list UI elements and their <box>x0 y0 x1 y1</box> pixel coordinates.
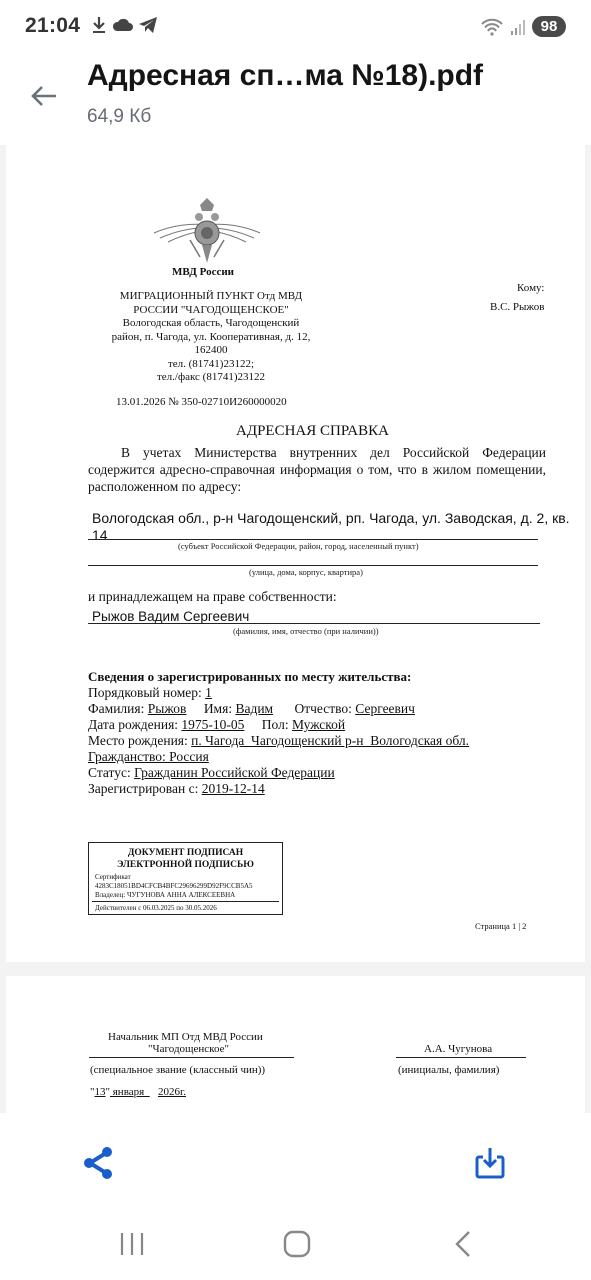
label: Место рождения: <box>88 733 191 748</box>
page-number: Страница 1 | 2 <box>475 921 526 931</box>
label: Фамилия: <box>88 701 148 716</box>
label: Отчество: <box>294 701 355 716</box>
reg-birthplace-row: Место рождения: п. Чагода Чагодощенский … <box>88 733 469 749</box>
org-line: МИГРАЦИОННЫЙ ПУНКТ Отд МВД <box>101 290 321 304</box>
arrow-left-icon <box>30 84 58 108</box>
divider <box>88 565 538 566</box>
share-button[interactable] <box>78 1143 118 1183</box>
registered-since: 2019-12-14 <box>202 781 265 796</box>
org-line: РОССИИ "ЧАГОДОЩЕНСКОЕ" <box>101 304 321 318</box>
home-icon <box>283 1230 311 1258</box>
divider <box>396 1057 526 1058</box>
address-line-1: Вологодская обл., р-н Чагодощенский, рп.… <box>92 510 570 526</box>
e-signature-stamp: ДОКУМЕНТ ПОДПИСАН ЭЛЕКТРОННОЙ ПОДПИСЬЮ С… <box>88 842 283 915</box>
intro-paragraph: В учетах Министерства внутренних дел Рос… <box>88 444 546 495</box>
sex: Мужской <box>292 717 345 732</box>
position-line-1: Начальник МП Отд МВД России <box>108 1031 263 1043</box>
org-line: тел./факс (81741)23122 <box>101 371 321 385</box>
document-reference: 13.01.2026 № 350-02710И260000020 <box>116 396 287 408</box>
pdf-page-1: МВД России МИГРАЦИОННЫЙ ПУНКТ Отд МВД РО… <box>6 145 585 962</box>
document-title: АДРЕСНАЯ СПРАВКА <box>236 423 389 440</box>
reg-name-row: Фамилия: Рыжов Имя: Вадим Отчество: Серг… <box>88 701 415 717</box>
date-day: 13 <box>95 1086 106 1098</box>
system-nav-bar <box>0 1213 591 1280</box>
first-name: Вадим <box>235 701 273 716</box>
recipient-name: В.С. Рыжов <box>490 301 544 313</box>
reg-since-row: Зарегистрирован с: 2019-12-14 <box>88 781 265 797</box>
status-system: 98 <box>480 16 566 37</box>
divider <box>89 1057 294 1058</box>
label: Зарегистрирован с: <box>88 781 202 796</box>
agency-label: МВД России <box>172 266 234 278</box>
org-line: тел. (81741)23122; <box>101 358 321 372</box>
label: Имя: <box>204 701 236 716</box>
label: Дата рождения: <box>88 717 181 732</box>
file-title: Адресная сп…ма №18).pdf <box>87 59 483 93</box>
signing-date: "13" января 2026г. <box>90 1086 186 1098</box>
status: Гражданин Российской Федерации <box>134 765 335 780</box>
back-button[interactable] <box>26 78 62 114</box>
file-size: 64,9 Кб <box>87 106 151 128</box>
save-to-device-button[interactable] <box>472 1145 508 1181</box>
caption-initials: (инициалы, фамилия) <box>398 1064 499 1076</box>
mvd-emblem-icon <box>152 195 262 267</box>
issuing-organization: МИГРАЦИОННЫЙ ПУНКТ Отд МВД РОССИИ "ЧАГОД… <box>101 290 321 385</box>
status-notifications <box>90 15 158 35</box>
date-year: 2026г. <box>158 1086 186 1098</box>
org-line: Вологодская область, Чагодощенский <box>101 317 321 331</box>
nav-back-button[interactable] <box>443 1227 483 1261</box>
label: Порядковый номер: <box>88 685 205 700</box>
caption-owner: (фамилия, имя, отчество (при наличии)) <box>233 626 379 636</box>
signature-heading: ДОКУМЕНТ ПОДПИСАН <box>89 848 282 858</box>
citizenship: Гражданство: Россия <box>88 749 209 765</box>
signer-name: А.А. Чугунова <box>424 1043 492 1055</box>
owner-intro: и принадлежащем на праве собственности: <box>88 589 337 605</box>
label: Пол: <box>262 717 292 732</box>
pdf-page-2: Начальник МП Отд МВД России "Чагодощенск… <box>6 976 585 1113</box>
intro-line: В учетах Министерства внутренних дел Рос… <box>121 445 546 460</box>
date-month: января <box>110 1086 150 1098</box>
owner-name: Рыжов Вадим Сергеевич <box>92 609 249 624</box>
position-line-2: "Чагодощенское" <box>148 1043 229 1055</box>
birthplace: п. Чагода Чагодощенский р-н Вологодская … <box>191 733 469 748</box>
reg-number: 1 <box>205 685 212 700</box>
date-of-birth: 1975-10-05 <box>181 717 244 732</box>
org-line: 162400 <box>101 344 321 358</box>
reg-status-row: Статус: Гражданин Российской Федерации <box>88 765 335 781</box>
reg-number-row: Порядковый номер: 1 <box>88 685 212 701</box>
status-bar: 21:04 98 <box>0 0 591 56</box>
status-time: 21:04 <box>25 14 80 38</box>
battery-level: 98 <box>532 16 566 37</box>
cert-label: Сертификат <box>95 873 131 881</box>
cert-owner: Владелец: ЧУГУНОВА АННА АЛЕКСЕЕВНА <box>95 891 235 899</box>
label: Статус: <box>88 765 134 780</box>
cloud-icon <box>112 16 134 34</box>
telegram-icon <box>138 16 158 34</box>
back-icon <box>454 1230 472 1258</box>
reg-dob-row: Дата рождения: 1975-10-05 Пол: Мужской <box>88 717 345 733</box>
download-icon <box>90 15 108 35</box>
intro-rest: содержится адресно-справочная информация… <box>88 461 546 495</box>
registered-section-title: Сведения о зарегистрированных по месту ж… <box>88 669 411 685</box>
bottom-action-bar <box>0 1113 591 1213</box>
wifi-icon <box>480 17 504 37</box>
share-icon <box>78 1143 118 1183</box>
recipient-label: Кому: <box>517 282 544 294</box>
cert-validity: Действителен с 06.03.2025 по 30.05.2026 <box>95 904 217 912</box>
caption-region: (субъект Российской Федерации, район, го… <box>178 541 419 551</box>
recents-button[interactable] <box>112 1227 152 1261</box>
surname: Рыжов <box>148 701 187 716</box>
address-line-2: 14 <box>92 527 108 543</box>
pdf-viewer[interactable]: МВД России МИГРАЦИОННЫЙ ПУНКТ Отд МВД РО… <box>0 145 591 1113</box>
patronymic: Сергеевич <box>355 701 415 716</box>
divider <box>88 539 538 540</box>
divider <box>88 623 540 624</box>
app-header: Адресная сп…ма №18).pdf 64,9 Кб <box>0 56 591 140</box>
org-line: район, п. Чагода, ул. Кооперативная, д. … <box>101 331 321 345</box>
signal-icon <box>510 18 526 36</box>
caption-rank: (специальное звание (классный чин)) <box>90 1064 265 1076</box>
signature-heading: ЭЛЕКТРОННОЙ ПОДПИСЬЮ <box>89 860 282 870</box>
home-button[interactable] <box>277 1227 317 1261</box>
caption-street: (улица, дома, корпус, квартира) <box>249 567 363 577</box>
recents-icon <box>119 1232 145 1256</box>
cert-id: 4283C18051BD4CFCB4BFC29696299D92F9CCB5A5 <box>95 882 253 890</box>
divider <box>92 901 279 902</box>
download-icon <box>472 1145 508 1181</box>
